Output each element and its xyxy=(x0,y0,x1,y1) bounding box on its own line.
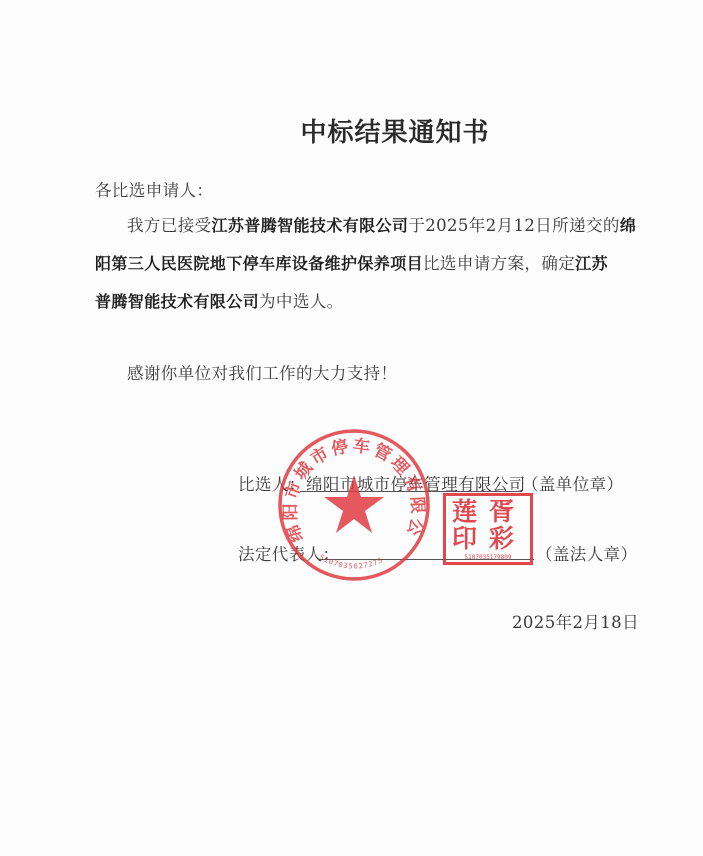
seal-char: 彩 xyxy=(489,525,514,552)
seal-char: 印 xyxy=(452,525,477,552)
issue-date: 2025年2月18日 xyxy=(512,609,639,633)
legal-rep-underline xyxy=(318,559,534,560)
selector-seal-note: （盖单位章） xyxy=(522,471,623,495)
winning-company-start: 江苏 xyxy=(575,254,608,273)
thanks-text: 感谢你单位对我们工作的大力支持！ xyxy=(127,360,397,384)
winning-company-rest: 普腾智能技术有限公司 xyxy=(95,292,259,311)
body-line-1: 我方已接受江苏普腾智能技术有限公司于2025年2月12日所递交的绵 xyxy=(127,212,636,236)
body-text: 比选申请方案，确定 xyxy=(423,254,575,273)
body-text: 为中选人。 xyxy=(259,292,344,311)
legal-rep-seal-note: （盖法人章） xyxy=(536,541,637,565)
body-line-3: 普腾智能技术有限公司为中选人。 xyxy=(95,288,344,312)
page-title: 中标结果通知书 xyxy=(0,112,703,149)
body-line-2: 阳第三人民医院地下停车库设备维护保养项目比选申请方案，确定江苏 xyxy=(95,250,608,274)
body-text: 于2025年2月12日所递交的 xyxy=(408,216,620,235)
project-name: 阳第三人民医院地下停车库设备维护保养项目 xyxy=(95,254,423,273)
selector-label: 比选人： xyxy=(238,471,306,495)
winning-company: 江苏普腾智能技术有限公司 xyxy=(212,216,409,235)
personal-seal-icon: 莲 胥 印 彩 5107035179809 xyxy=(443,493,533,565)
salutation: 各比选申请人： xyxy=(95,177,213,201)
selector-underline xyxy=(300,491,522,492)
project-name-start: 绵 xyxy=(620,216,636,235)
seal-char: 莲 xyxy=(452,498,477,525)
body-text: 我方已接受 xyxy=(127,216,212,235)
legal-rep-label: 法定代表人： xyxy=(238,541,339,565)
seal-char: 胥 xyxy=(489,498,514,525)
